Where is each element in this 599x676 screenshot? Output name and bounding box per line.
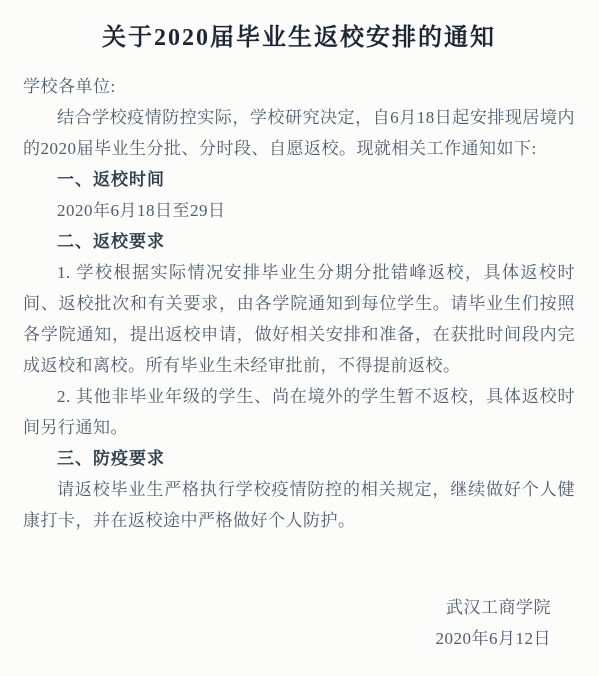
notice-document: 关于2020届毕业生返校安排的通知 学校各单位: 结合学校疫情防控实际，学校研究…	[0, 0, 599, 676]
section-1-paragraph: 2020年6月18日至29日	[23, 195, 575, 226]
section-1-heading: 一、返校时间	[23, 164, 575, 195]
signature-organization: 武汉工商学院	[23, 592, 551, 623]
section-3-heading: 三、防疫要求	[23, 443, 575, 474]
document-title: 关于2020届毕业生返校安排的通知	[23, 23, 575, 53]
salutation: 学校各单位:	[23, 71, 575, 102]
intro-paragraph: 结合学校疫情防控实际，学校研究决定，自6月18日起安排现居境内的2020届毕业生…	[23, 102, 575, 164]
section-2-paragraph-1: 1. 学校根据实际情况安排毕业生分期分批错峰返校，具体返校时间、返校批次和有关要…	[23, 257, 575, 381]
document-body: 学校各单位: 结合学校疫情防控实际，学校研究决定，自6月18日起安排现居境内的2…	[23, 71, 575, 654]
section-2-heading: 二、返校要求	[23, 226, 575, 257]
section-2-paragraph-2: 2. 其他非毕业年级的学生、尚在境外的学生暂不返校，具体返校时间另行通知。	[23, 381, 575, 443]
signature-date: 2020年6月12日	[23, 623, 551, 654]
section-3-paragraph: 请返校毕业生严格执行学校疫情防控的相关规定，继续做好个人健康打卡，并在返校途中严…	[23, 474, 575, 536]
signature-block: 武汉工商学院 2020年6月12日	[23, 592, 575, 654]
